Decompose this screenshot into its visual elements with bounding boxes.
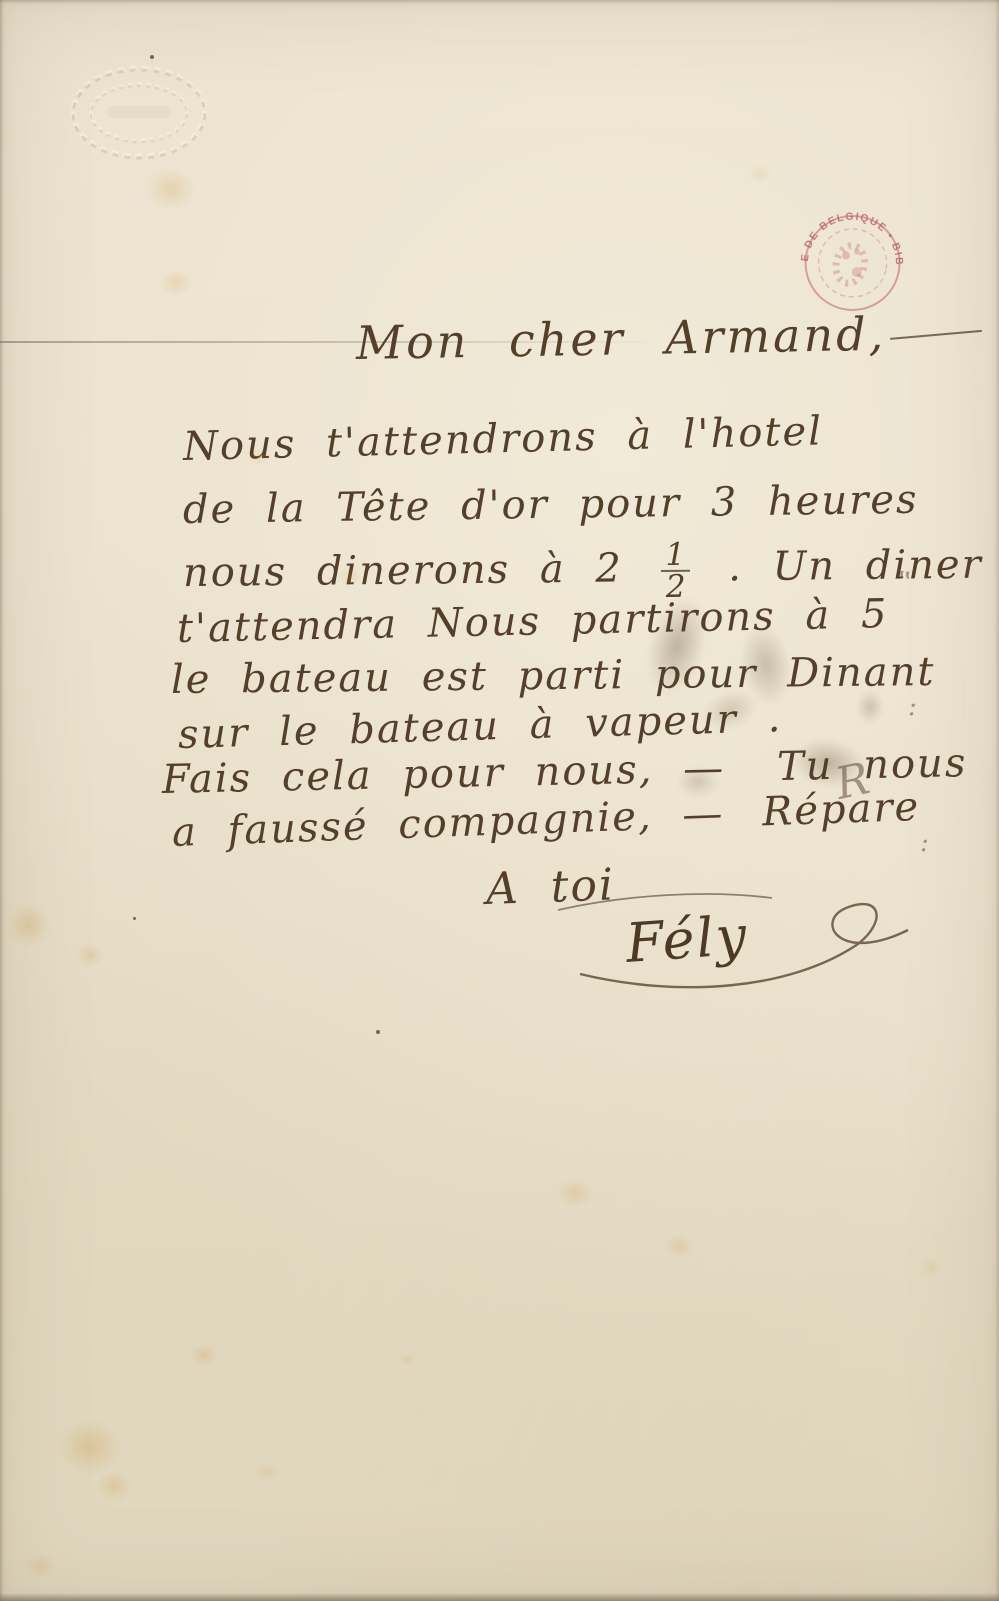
- letter-closing: A toi: [485, 860, 616, 915]
- foxing-spot: [76, 942, 104, 968]
- paper-edge-left: [0, 0, 4, 1601]
- ink-dot-mark: :: [908, 692, 917, 722]
- foxing-spot: [160, 270, 192, 296]
- line3-text-post: . Un diner: [728, 542, 983, 591]
- paper-edge-right: [995, 0, 999, 1601]
- letter-salutation: Mon cher Armand,: [356, 305, 983, 370]
- letter-line: de la Tête d'or pour 3 heures: [183, 477, 919, 533]
- line3-text-pre: nous dinerons à 2: [183, 545, 623, 596]
- paper-edge-bottom: [0, 1593, 999, 1601]
- ink-speck: [133, 917, 136, 920]
- foxing-spot: [96, 1470, 132, 1502]
- foxing-spot: [6, 902, 50, 948]
- fraction-one-half: 1 2: [660, 541, 690, 601]
- letter-line: le bateau est parti pour Dinant: [171, 649, 936, 703]
- foxing-spot: [398, 1352, 416, 1366]
- foxing-spot: [254, 1462, 280, 1482]
- foxing-spot: [58, 1418, 122, 1476]
- letter-page: E DE BELGIQUE • BIB Mon cher Armand, Nou…: [0, 0, 999, 1601]
- foxing-spot: [748, 164, 772, 184]
- foxing-spot: [190, 1344, 218, 1366]
- fraction-numerator: 1: [660, 541, 690, 572]
- letter-line: Nous t'attendrons à l'hotel: [182, 408, 823, 470]
- paper-edge-top: [0, 0, 999, 4]
- ink-dot-mark: :: [920, 828, 929, 858]
- line7-text-right: Tu nous: [777, 740, 968, 790]
- letter-signature: Fély: [624, 904, 750, 975]
- foxing-spot: [556, 1178, 594, 1208]
- embossed-seal-icon: [55, 52, 223, 178]
- ink-speck: [376, 1030, 380, 1034]
- foxing-spot: [664, 1234, 694, 1258]
- foxing-spot: [24, 1554, 56, 1578]
- foxing-spot: [920, 1258, 942, 1278]
